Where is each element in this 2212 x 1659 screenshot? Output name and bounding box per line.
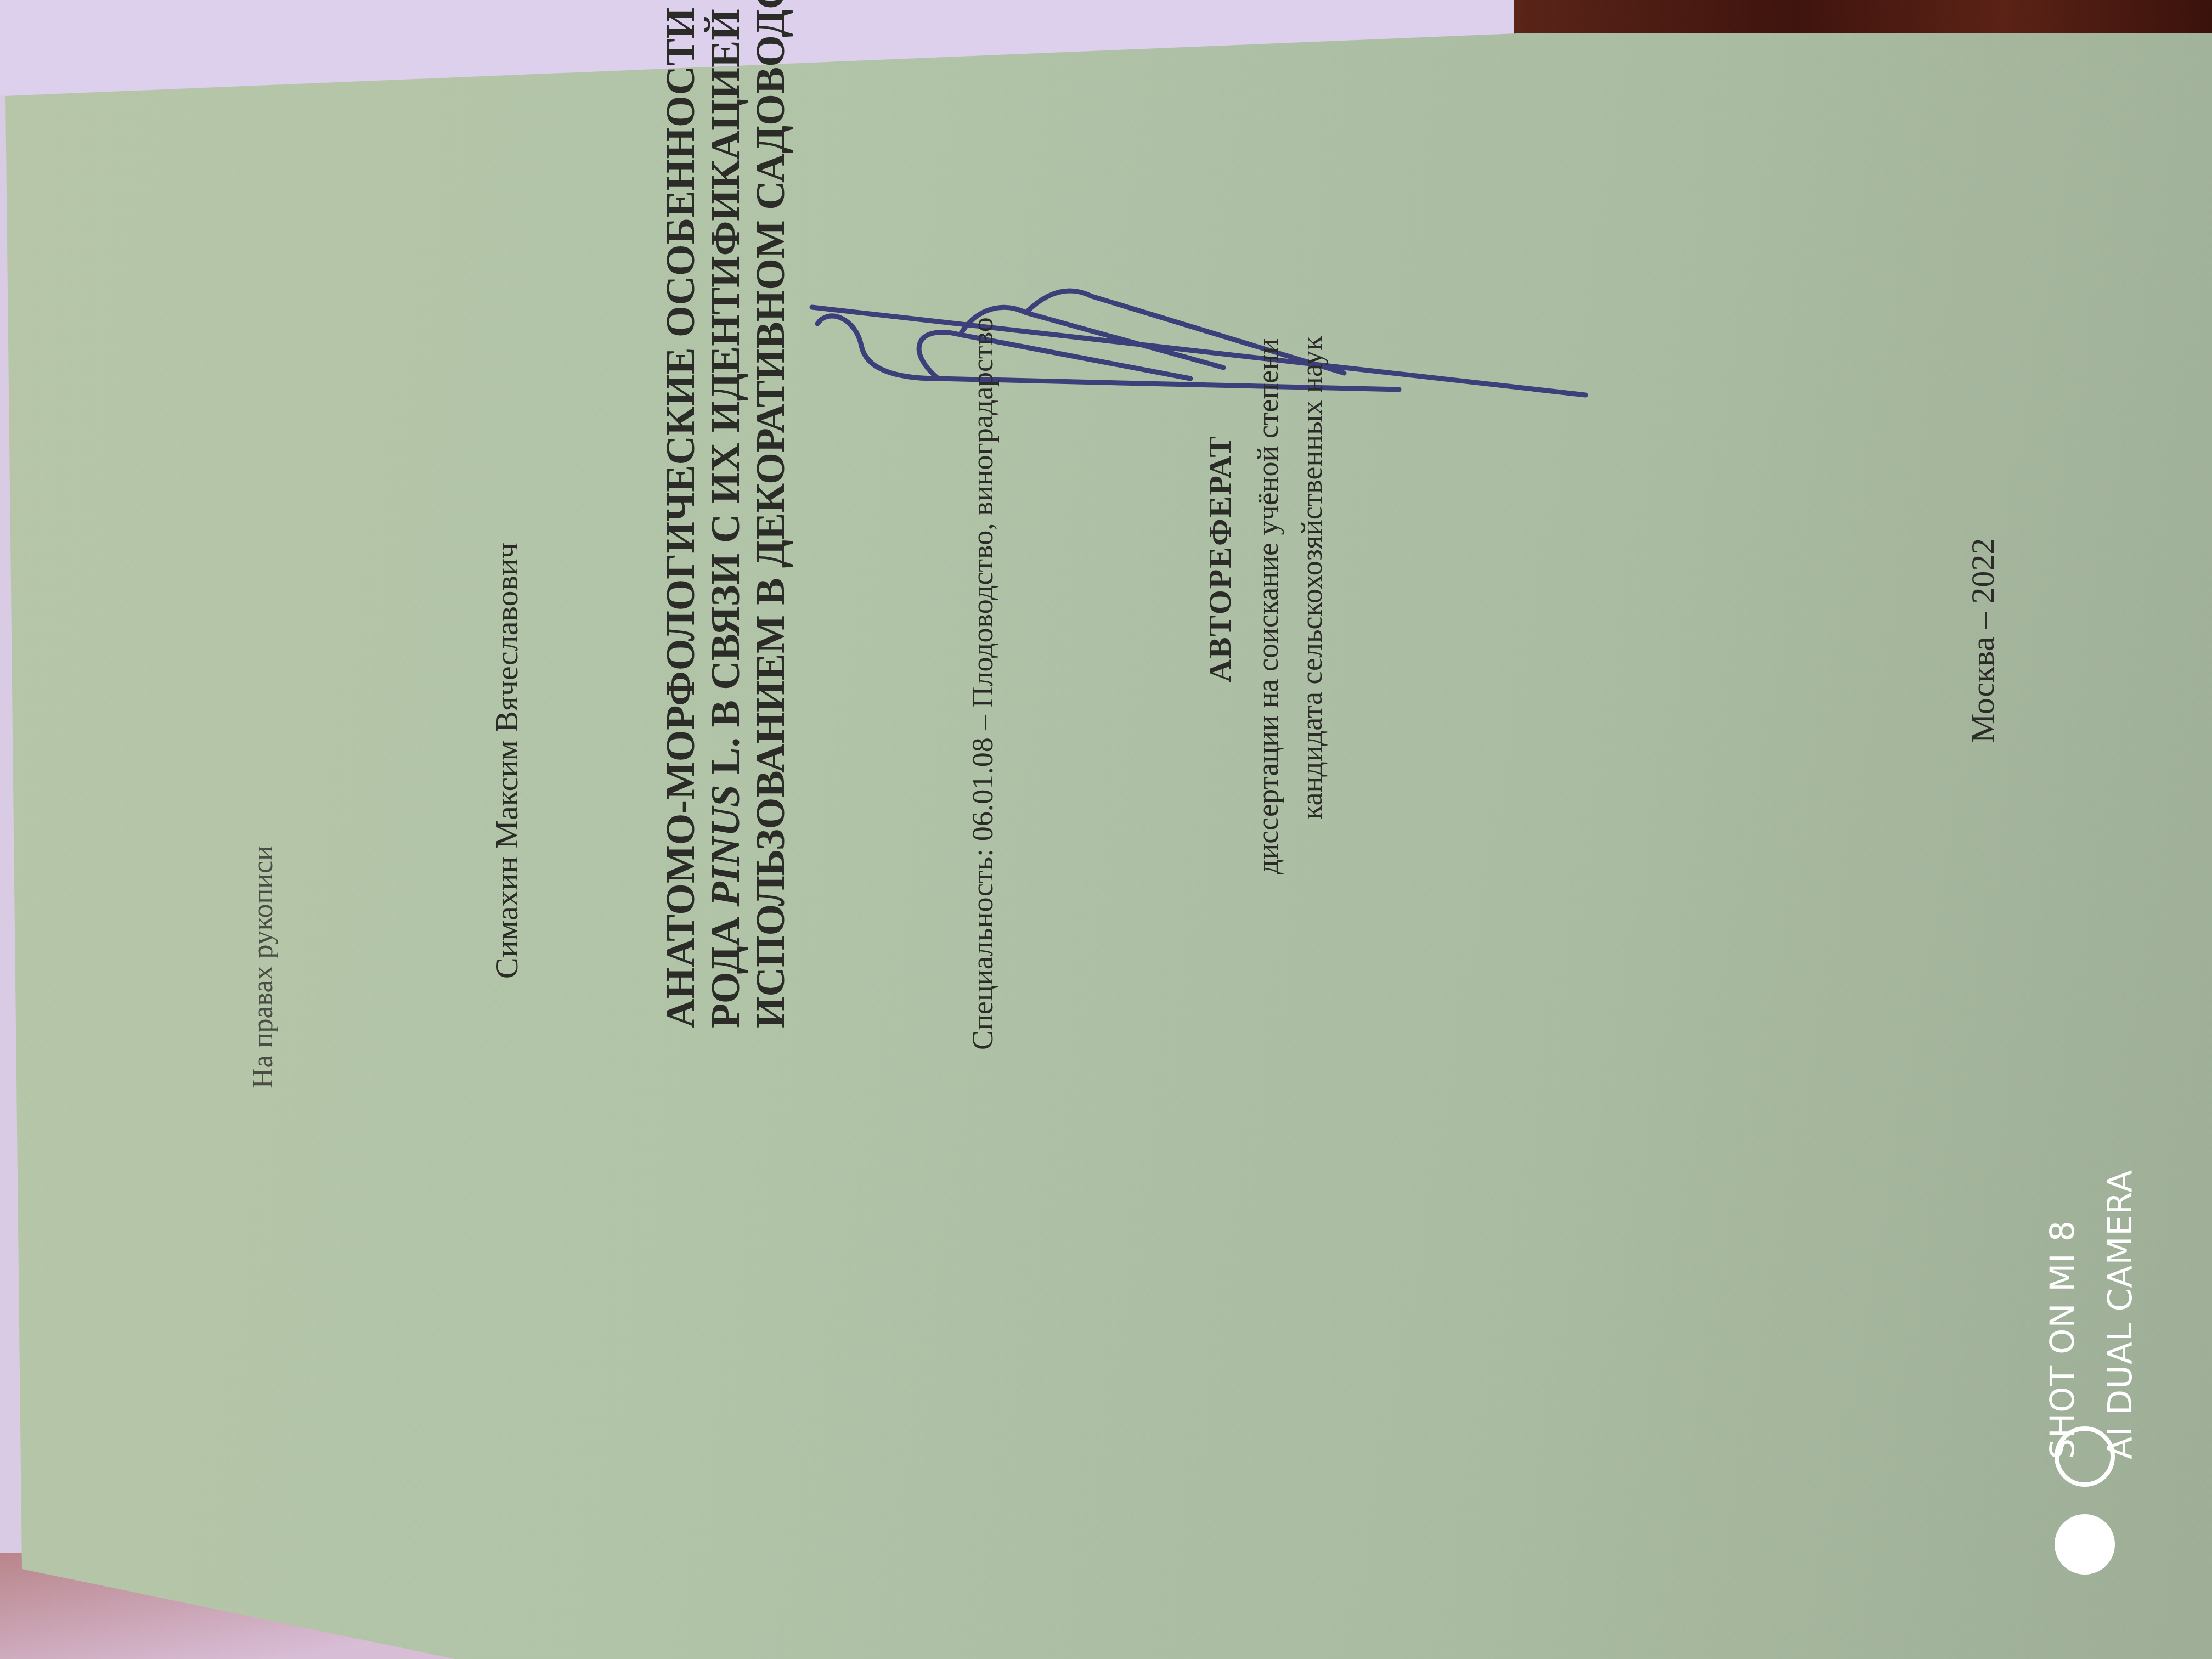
specialty-line: Специальность: 06.01.08 – Плодоводство, … (966, 317, 1000, 1050)
watermark-line-1: SHOT ON MI 8 (2044, 1220, 2082, 1459)
dissertation-title: АНАТОМО-МОРФОЛОГИЧЕСКИЕ ОСОБЕННОСТИ ВИДО… (658, 0, 793, 1028)
mi-dual-camera-icon-dot (2055, 1514, 2115, 1575)
title-text: ИСПОЛЬЗОВАНИЕМ В ДЕКОРАТИВНОМ САДОВОДСТВ… (748, 0, 793, 1028)
title-genus-italic: PINUS (703, 785, 748, 906)
abstract-subtitle-line-2: кандидата сельскохозяйственных наук (1295, 336, 1329, 820)
cover-text-layer: На правах рукописи Симахин Максим Вячесл… (0, 0, 2212, 1659)
abstract-heading: АВТОРЕФЕРАТ (1201, 435, 1238, 682)
title-text: АНАТОМО-МОРФОЛОГИЧЕСКИЕ ОСОБЕННОСТИ ВИДО… (658, 0, 703, 1028)
abstract-subtitle-line-1: диссертации на соискание учёной степени (1251, 338, 1285, 874)
title-line-2: РОДА PINUS L. В СВЯЗИ С ИХ ИДЕНТИФИКАЦИЕ… (703, 0, 748, 1028)
city-year: Москва – 2022 (1964, 538, 2002, 743)
title-line-1: АНАТОМО-МОРФОЛОГИЧЕСКИЕ ОСОБЕННОСТИ ВИДО… (658, 0, 703, 1028)
rights-note: На правах рукописи (247, 845, 279, 1088)
watermark-line-2: AI DUAL CAMERA (2101, 1170, 2140, 1459)
title-text: L. В СВЯЗИ С ИХ ИДЕНТИФИКАЦИЕЙ И (703, 0, 748, 785)
title-text: РОДА (703, 907, 748, 1029)
title-line-3: ИСПОЛЬЗОВАНИЕМ В ДЕКОРАТИВНОМ САДОВОДСТВ… (748, 0, 793, 1028)
author-name: Симахин Максим Вячеславович (488, 543, 525, 979)
